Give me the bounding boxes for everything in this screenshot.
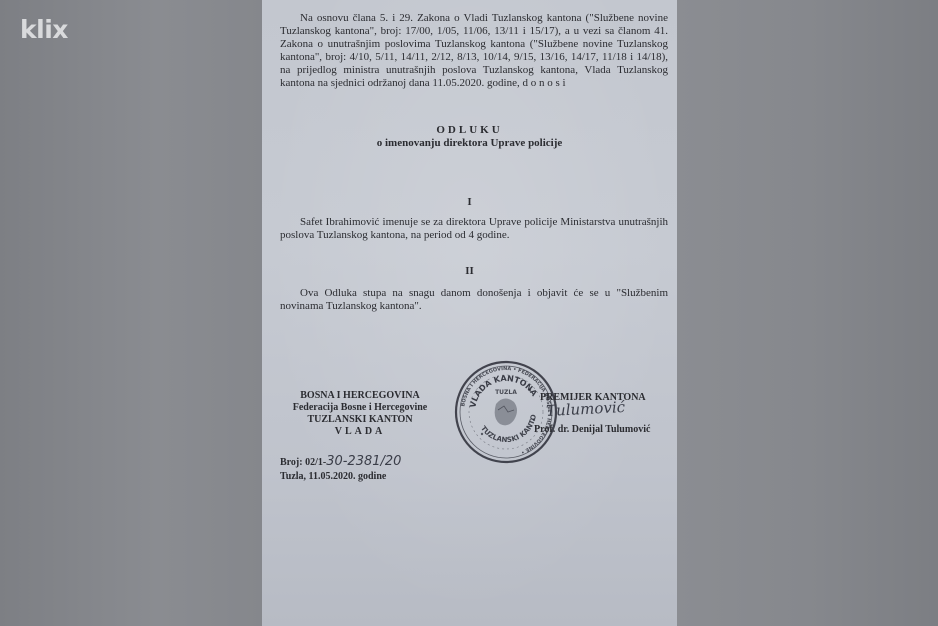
document-page: Na osnovu člana 5. i 29. Zakona o Vladi … <box>262 0 677 626</box>
document-title: ODLUKU <box>262 124 677 136</box>
svg-text:TUZLA: TUZLA <box>495 389 517 396</box>
section-2-number: II <box>262 265 677 277</box>
intro-text: Na osnovu člana 5. i 29. Zakona o Vladi … <box>280 12 668 89</box>
official-seal-icon: BOSNA I HERCEGOVINA • FEDERACIJA BOSNE I… <box>454 360 558 464</box>
issuer-country: BOSNA I HERCEGOVINA <box>280 390 440 402</box>
background-left <box>0 0 262 626</box>
issuer-block: BOSNA I HERCEGOVINA Federacija Bosne i H… <box>280 390 440 438</box>
section-2-paragraph: Ova Odluka stupa na snagu danom donošenj… <box>280 287 668 313</box>
section-1-paragraph: Safet Ibrahimović imenuje se za direktor… <box>280 216 668 242</box>
reference-handwritten-number: 30-2381/20 <box>326 454 401 469</box>
svg-text:BOSNA I HERCEGOVINA • FEDERACI: BOSNA I HERCEGOVINA • FEDERACIJA BOSNE I… <box>460 366 552 455</box>
issuer-federation: Federacija Bosne i Hercegovine <box>280 402 440 414</box>
background-right <box>677 0 938 626</box>
issuer-government: VLADA <box>280 426 440 438</box>
signer-name: Prof. dr. Denijal Tulumović <box>534 424 650 436</box>
svg-text:TUZLANSKI KANTON: TUZLANSKI KANTON <box>454 360 538 444</box>
intro-paragraph: Na osnovu člana 5. i 29. Zakona o Vladi … <box>280 12 668 90</box>
section-1-text: Safet Ibrahimović imenuje se za direktor… <box>280 216 668 241</box>
section-2-text: Ova Odluka stupa na snagu danom donošenj… <box>280 287 668 312</box>
handwritten-signature: Tulumović <box>546 398 626 420</box>
klix-logo: klix <box>20 17 68 42</box>
paper-lighting <box>262 0 677 626</box>
reference-block: Broj: 02/1-30-2381/20 Tuzla, 11.05.2020.… <box>280 455 480 484</box>
svg-text:VLADA KANTONA: VLADA KANTONA <box>468 374 539 409</box>
reference-prefix: Broj: 02/1- <box>280 457 326 468</box>
section-1-number: I <box>262 196 677 208</box>
place-date: Tuzla, 11.05.2020. godine <box>280 470 480 484</box>
document-subtitle: o imenovanju direktora Uprave policije <box>262 137 677 149</box>
issuer-canton: TUZLANSKI KANTON <box>280 414 440 426</box>
